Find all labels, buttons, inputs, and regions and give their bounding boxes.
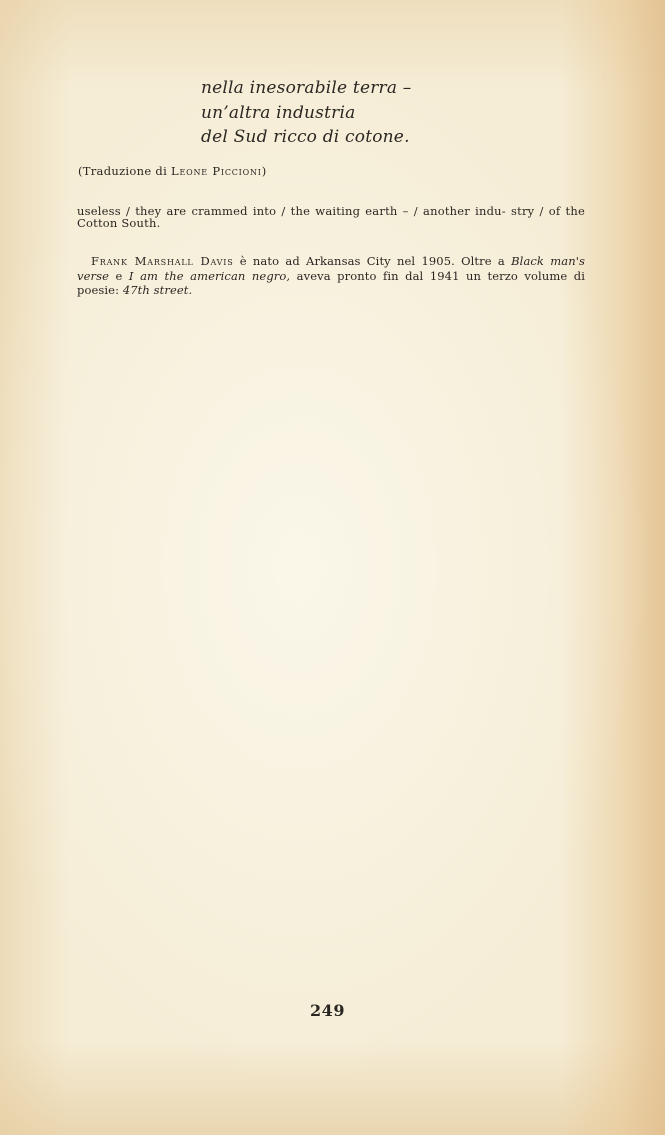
author-name: Frank Marshall Davis xyxy=(91,254,234,268)
poem-line: nella inesorabile terra – xyxy=(201,76,412,101)
literal-english-translation: useless / they are crammed into / the wa… xyxy=(77,206,585,229)
translation-suffix: ) xyxy=(262,164,267,178)
author-biography: Frank Marshall Davis è nato ad Arkansas … xyxy=(77,254,585,298)
translation-credit: (Traduzione di Leone Piccioni) xyxy=(78,164,267,178)
bio-text: è nato ad Arkansas City nel 1905. Oltre … xyxy=(234,254,512,268)
translation-prefix: (Traduzione di xyxy=(78,164,171,178)
poem-line: del Sud ricco di cotone. xyxy=(201,125,412,150)
poem-line: un’altra industria xyxy=(201,101,412,126)
page-number: 249 xyxy=(0,1001,655,1020)
translator-name: Leone Piccioni xyxy=(171,164,262,178)
work-title: 47th street. xyxy=(123,283,192,297)
poem-stanza: nella inesorabile terra – un’altra indus… xyxy=(201,76,412,150)
work-title: I am the american negro, xyxy=(129,269,290,283)
book-page: nella inesorabile terra – un’altra indus… xyxy=(0,0,665,1135)
bio-text: e xyxy=(109,269,129,283)
